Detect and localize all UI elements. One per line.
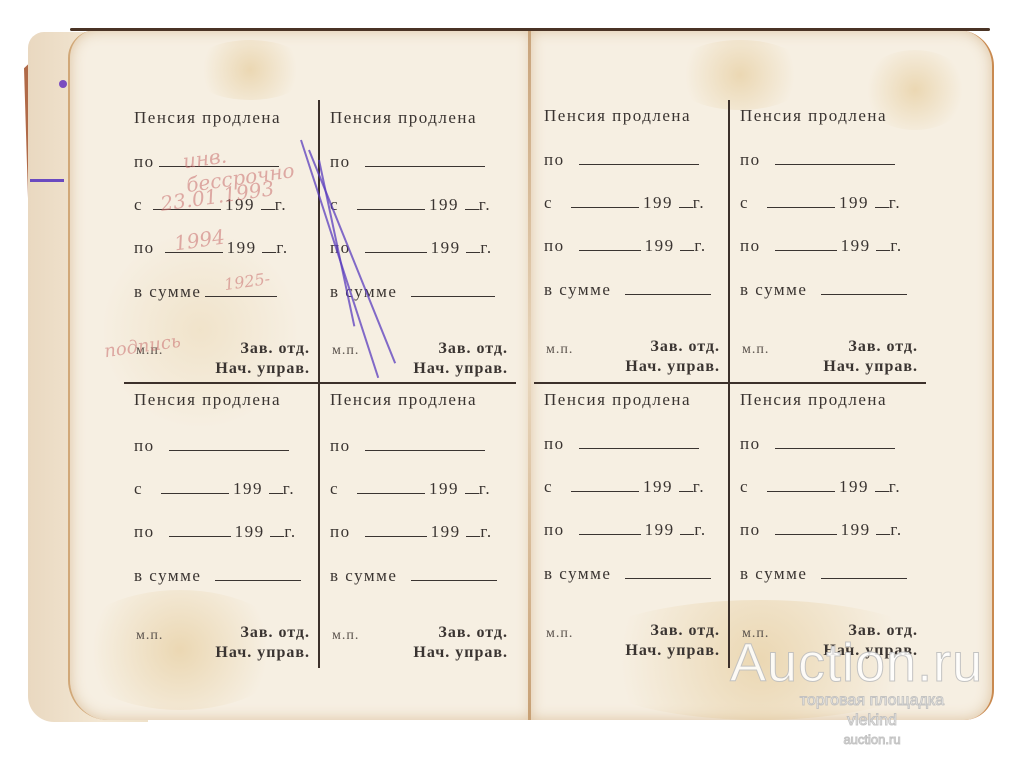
to-field: по199 г. <box>740 520 903 540</box>
violet-dash-mark <box>30 179 64 182</box>
section-title: Пенсия продлена <box>134 108 281 128</box>
to-field: по199 г. <box>544 520 707 540</box>
to-field: по199 г. <box>134 522 297 542</box>
admin-head-label: Нач. управ. <box>823 358 918 376</box>
amount-field: в сумме <box>740 280 911 300</box>
book-spine <box>528 30 531 720</box>
admin-head-label: Нач. управ. <box>413 644 508 662</box>
from-field: с199 г. <box>544 477 705 497</box>
to-field: по199 г. <box>740 236 903 256</box>
extension-section: Пенсия продлена по с199 г. по199 г. в су… <box>124 384 320 668</box>
stamp-place: м.п. <box>546 626 573 642</box>
admin-head-label: Нач. управ. <box>215 360 310 378</box>
section-title: Пенсия продлена <box>544 390 691 410</box>
amount-field: в сумме <box>134 566 305 586</box>
right-page-grid: Пенсия продлена по с199 г. по199 г. в су… <box>534 100 926 668</box>
until-field: по <box>740 150 899 170</box>
dept-head-label: Зав. отд. <box>240 624 310 642</box>
stamp-place: м.п. <box>742 342 769 358</box>
extension-section: Пенсия продлена по с199 г. по199 г. в су… <box>730 100 926 384</box>
dept-head-label: Зав. отд. <box>650 622 720 640</box>
section-title: Пенсия продлена <box>740 390 887 410</box>
extension-section: Пенсия продлена по с199 г. по199 г. в су… <box>320 384 516 668</box>
from-field: с199 г. <box>330 479 491 499</box>
from-field: с199 г. <box>330 195 491 215</box>
admin-head-label: Нач. управ. <box>625 642 720 660</box>
section-title: Пенсия продлена <box>544 106 691 126</box>
section-title: Пенсия продлена <box>330 108 477 128</box>
amount-field: в сумме <box>740 564 911 584</box>
amount-field: в сумме <box>544 564 715 584</box>
watermark-brand: Auction.ru <box>730 632 983 694</box>
amount-field: в сумме <box>330 282 499 302</box>
to-field: по199 г. <box>544 236 707 256</box>
watermark-site: auction.ru <box>792 732 952 747</box>
stamp-place: м.п. <box>332 343 359 359</box>
amount-field: в сумме <box>544 280 715 300</box>
from-field: с199 г. <box>544 193 705 213</box>
amount-field: в сумме <box>330 566 501 586</box>
watermark-seller: vlekind <box>792 712 952 730</box>
until-field: по <box>330 436 489 456</box>
dept-head-label: Зав. отд. <box>650 338 720 356</box>
dept-head-label: Зав. отд. <box>438 340 508 358</box>
extension-section: Пенсия продлена по с199 г. по199 г. в су… <box>320 100 516 384</box>
admin-head-label: Нач. управ. <box>625 358 720 376</box>
extension-section: Пенсия продлена по с199 г. по199 г. в су… <box>124 100 320 384</box>
from-field: с199 г. <box>740 193 901 213</box>
section-title: Пенсия продлена <box>740 106 887 126</box>
left-page-grid: Пенсия продлена по с199 г. по199 г. в су… <box>124 100 516 668</box>
until-field: по <box>740 434 899 454</box>
from-field: с199 г. <box>134 479 295 499</box>
admin-head-label: Нач. управ. <box>215 644 310 662</box>
dept-head-label: Зав. отд. <box>240 340 310 358</box>
until-field: по <box>330 152 489 172</box>
stamp-place: м.п. <box>136 628 163 644</box>
dept-head-label: Зав. отд. <box>438 624 508 642</box>
dept-head-label: Зав. отд. <box>848 338 918 356</box>
stamp-place: м.п. <box>546 342 573 358</box>
admin-head-label: Нач. управ. <box>413 360 508 378</box>
until-field: по <box>544 434 703 454</box>
stamp-place: м.п. <box>332 628 359 644</box>
section-title: Пенсия продлена <box>330 390 477 410</box>
extension-section: Пенсия продлена по с199 г. по199 г. в су… <box>534 384 730 668</box>
until-field: по <box>544 150 703 170</box>
stain <box>190 40 310 100</box>
to-field: по199 г. <box>330 522 493 542</box>
watermark-tagline: торговая площадка <box>792 692 952 710</box>
top-edge <box>70 28 990 31</box>
to-field: по199 г. <box>330 238 493 258</box>
extension-section: Пенсия продлена по с199 г. по199 г. в су… <box>730 384 926 668</box>
extension-section: Пенсия продлена по с199 г. по199 г. в су… <box>534 100 730 384</box>
from-field: с199 г. <box>740 477 901 497</box>
violet-dot-mark <box>59 80 67 88</box>
until-field: по <box>134 436 293 456</box>
section-title: Пенсия продлена <box>134 390 281 410</box>
